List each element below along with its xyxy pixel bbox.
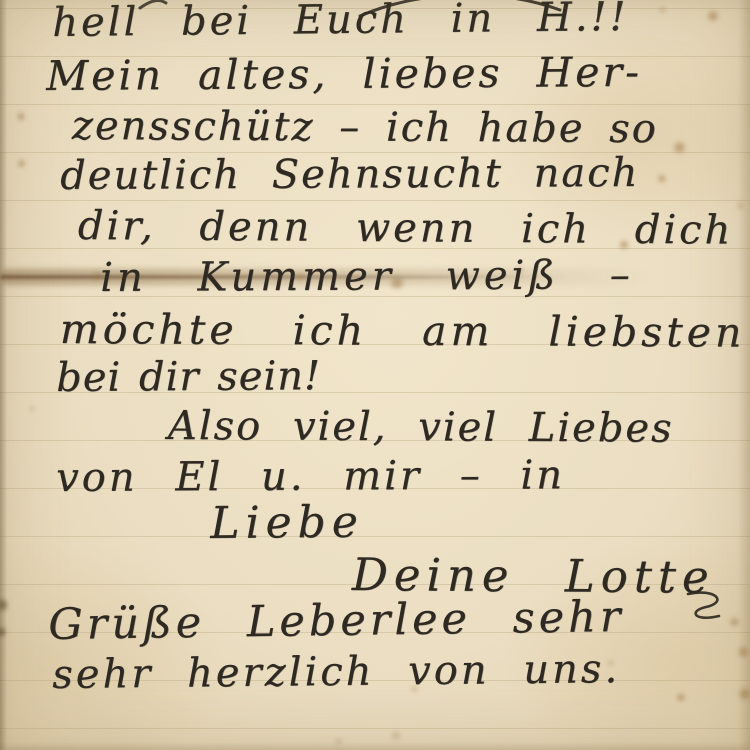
handwritten-line-11: Liebe xyxy=(210,497,364,549)
paper-left-edge-shadow xyxy=(0,0,7,750)
handwritten-line-7: möchte ich am liebsten xyxy=(60,305,746,357)
foxing-stain xyxy=(658,6,667,14)
handwritten-line-14: sehr herzlich von uns. xyxy=(52,646,620,698)
handwritten-line-3: zensschütz – ich habe so xyxy=(72,103,658,152)
foxing-stain xyxy=(672,141,687,154)
handwritten-line-5: dir, denn wenn ich dich xyxy=(78,203,734,254)
foxing-stain xyxy=(17,159,26,168)
handwritten-line-1: hell bei Euch in H.!! xyxy=(52,0,629,46)
letter-page: hell bei Euch in H.!! Mein altes, liebes… xyxy=(0,0,750,750)
foxing-stain xyxy=(16,112,26,121)
foxing-stain xyxy=(706,10,720,22)
handwritten-line-13: Grüße Leberlee sehr xyxy=(48,592,625,650)
handwritten-line-2: Mein altes, liebes Her- xyxy=(46,48,642,100)
foxing-stain xyxy=(390,731,402,740)
handwritten-line-6: in Kummer weiß – xyxy=(100,252,634,301)
handwritten-line-4: deutlich Sehnsucht nach xyxy=(60,150,639,199)
handwritten-line-9: Also viel, viel Liebes xyxy=(168,403,674,452)
paper-right-edge-shadow xyxy=(738,0,750,750)
paper-bottom-edge-shadow xyxy=(0,742,750,750)
handwritten-line-8: bei dir sein! xyxy=(56,353,321,401)
foxing-stain xyxy=(676,693,686,702)
foxing-stain xyxy=(657,174,667,183)
handwritten-line-10: von El u. mir – in xyxy=(56,452,565,501)
foxing-stain xyxy=(29,405,36,412)
